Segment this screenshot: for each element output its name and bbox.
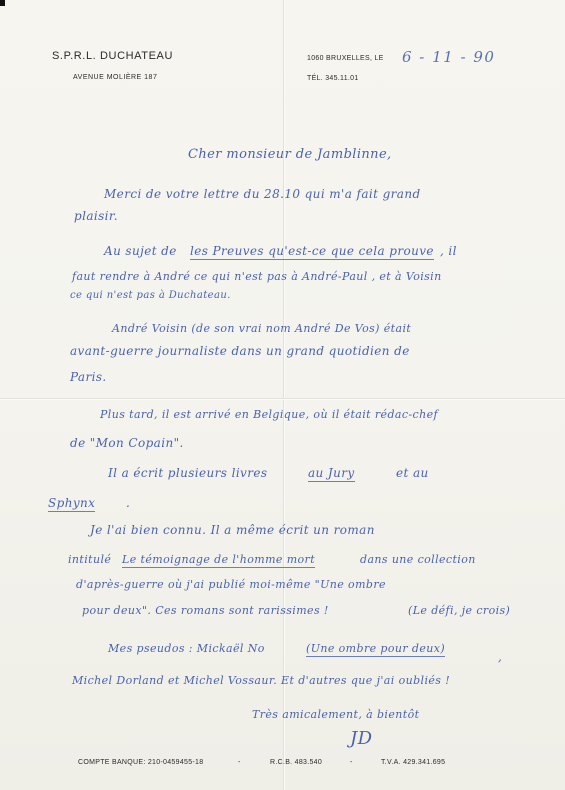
body-line: faut rendre à André ce qui n'est pas à A… xyxy=(72,270,442,283)
scan-corner-mark xyxy=(0,0,5,6)
body-line: plaisir. xyxy=(74,209,118,223)
salutation: Cher monsieur de Jamblinne, xyxy=(188,147,392,162)
body-line: d'après-guerre où j'ai publié moi-même "… xyxy=(76,578,386,591)
underlined-title: (Une ombre pour deux) xyxy=(306,642,445,657)
body-line: intitulé xyxy=(68,553,111,566)
footer-separator: - xyxy=(350,759,353,766)
body-line: Je l'ai bien connu. Il a même écrit un r… xyxy=(90,523,375,537)
underlined-publisher: au Jury xyxy=(308,466,355,482)
underlined-publisher: Sphynx xyxy=(48,496,95,512)
footer-separator: - xyxy=(238,759,241,766)
bank-account: COMPTE BANQUE: 210-0459455-18 xyxy=(78,759,203,766)
body-line: dans une collection xyxy=(360,553,476,566)
signature: JD xyxy=(350,728,372,749)
body-line: Michel Dorland et Michel Vossaur. Et d'a… xyxy=(72,674,450,687)
body-line: pour deux". Ces romans sont rarissimes ! xyxy=(82,604,329,617)
body-line: avant-guerre journaliste dans un grand q… xyxy=(70,344,410,358)
body-line: Paris. xyxy=(70,370,107,384)
body-line: , xyxy=(498,650,502,664)
company-name: S.P.R.L. DUCHATEAU xyxy=(52,50,173,62)
body-line: . xyxy=(126,496,130,510)
body-line: Il a écrit plusieurs livres xyxy=(108,466,267,480)
body-line: ce qui n'est pas à Duchateau. xyxy=(70,290,231,301)
body-line: Au sujet de xyxy=(104,244,177,258)
body-line: Merci de votre lettre du 28.10 qui m'a f… xyxy=(104,187,421,201)
closing: Très amicalement, à bientôt xyxy=(252,708,419,721)
body-line: André Voisin (de son vrai nom André De V… xyxy=(112,322,411,335)
company-street: AVENUE MOLIÈRE 187 xyxy=(73,74,157,81)
body-line: et au xyxy=(396,466,429,480)
body-line: (Le défi, je crois) xyxy=(408,604,510,617)
vat-number: T.V.A. 429.341.695 xyxy=(381,759,445,766)
body-line: , il xyxy=(440,244,457,258)
letter-date: 6 - 11 - 90 xyxy=(402,48,495,66)
company-city: 1060 BRUXELLES, LE xyxy=(307,55,384,62)
body-line: Mes pseudos : Mickaël No xyxy=(108,642,265,655)
vertical-fold-line xyxy=(283,0,284,790)
body-line: Plus tard, il est arrivé en Belgique, où… xyxy=(100,408,438,421)
body-line: de "Mon Copain". xyxy=(70,436,184,450)
letter-page: S.P.R.L. DUCHATEAU AVENUE MOLIÈRE 187 10… xyxy=(0,0,565,790)
rcb-number: R.C.B. 483.540 xyxy=(270,759,322,766)
underlined-title: Le témoignage de l'homme mort xyxy=(122,553,315,568)
underlined-title: les Preuves qu'est-ce que cela prouve xyxy=(190,244,434,260)
horizontal-fold-line xyxy=(0,398,565,399)
company-phone: TÉL. 345.11.01 xyxy=(307,75,359,82)
